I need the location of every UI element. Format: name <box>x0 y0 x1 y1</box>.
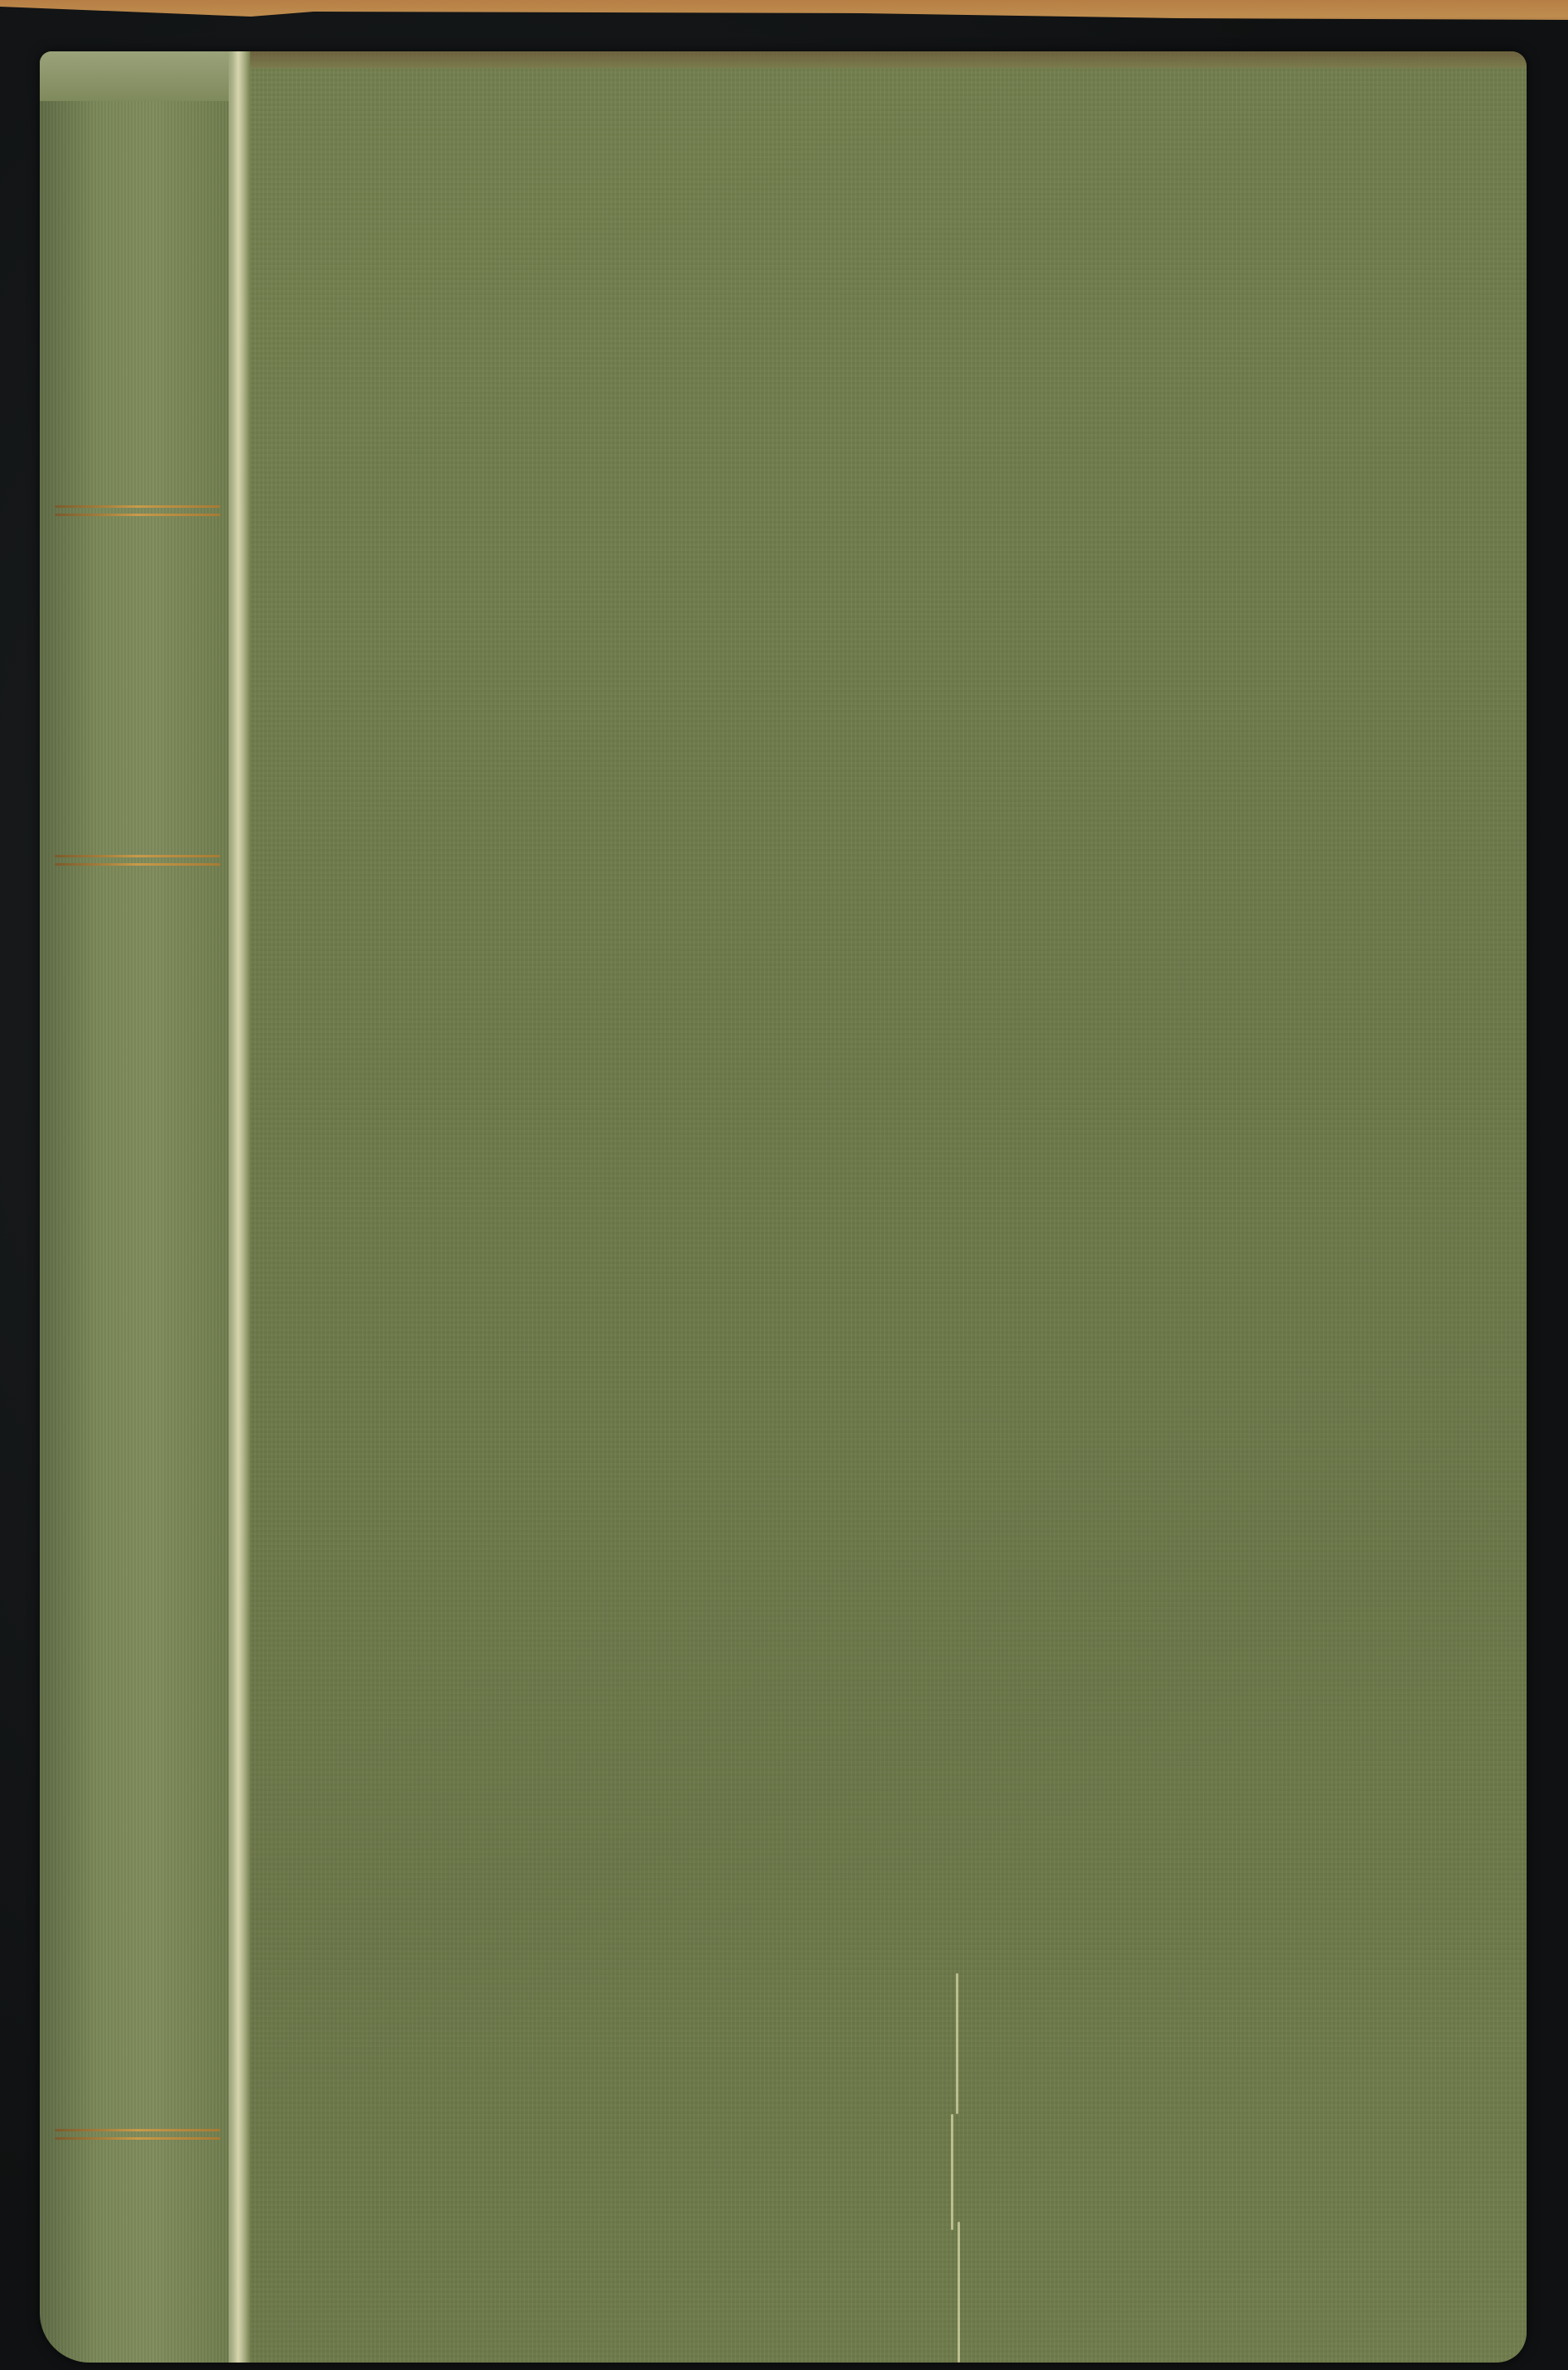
spine-gilt-band-top <box>55 505 220 520</box>
spine-gilt-band-middle <box>55 855 220 870</box>
book-spine <box>40 51 230 2363</box>
spine-headcap <box>40 51 230 101</box>
book <box>40 51 1527 2363</box>
spine-hinge <box>229 51 250 2363</box>
cover-wear-crease <box>946 1973 971 2363</box>
front-cover <box>250 51 1527 2363</box>
spine-gilt-band-bottom <box>55 2129 220 2144</box>
cover-top-edge <box>250 51 1527 68</box>
